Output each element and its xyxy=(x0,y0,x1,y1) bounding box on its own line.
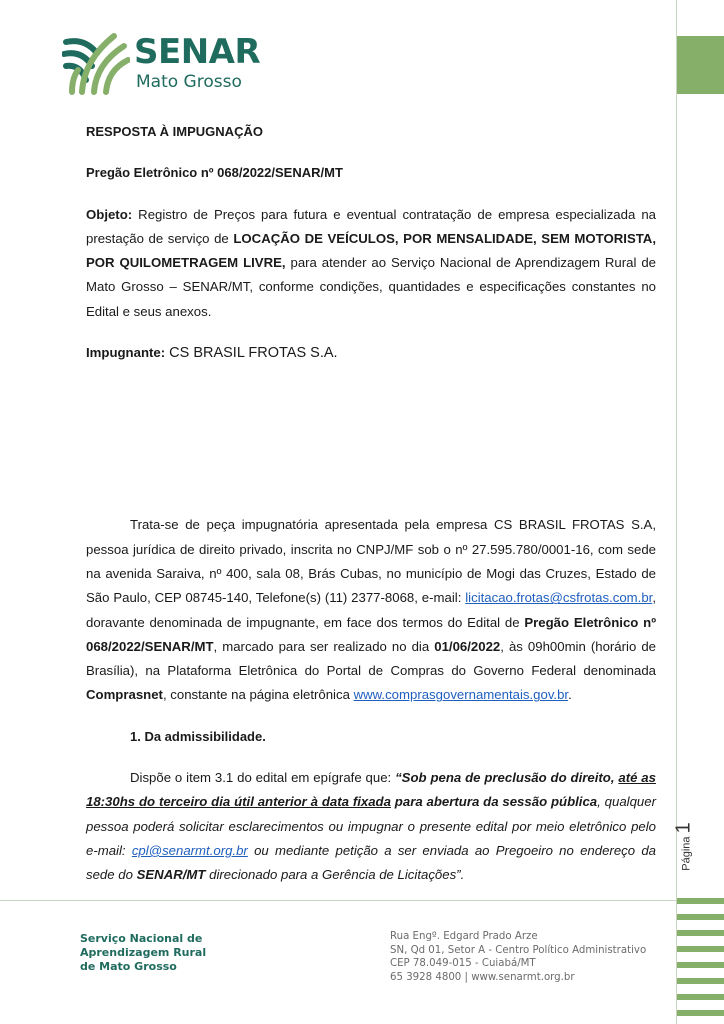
objeto-paragraph: Objeto: Registro de Preços para futura e… xyxy=(86,203,656,324)
document-body: RESPOSTA À IMPUGNAÇÃO Pregão Eletrônico … xyxy=(86,120,656,888)
cpl-email-link[interactable]: cpl@senarmt.org.br xyxy=(132,843,248,858)
objeto-label: Objeto: xyxy=(86,207,132,222)
senar-logo: SENAR Mato Grosso xyxy=(62,30,262,96)
paragraph-1: Trata-se de peça impugnatória apresentad… xyxy=(86,513,656,707)
footer-address: Rua Engº. Edgard Prado Arze SN, Qd 01, S… xyxy=(390,930,646,984)
accent-block xyxy=(677,36,724,94)
page-number-label: Página 1 xyxy=(680,805,720,885)
document-subtitle: Pregão Eletrônico nº 068/2022/SENAR/MT xyxy=(86,161,656,185)
brand-subtitle: Mato Grosso xyxy=(136,72,242,92)
footer-divider xyxy=(0,900,676,901)
impugnante-email-link[interactable]: licitacao.frotas@csfrotas.com.br xyxy=(465,590,652,605)
document-title: RESPOSTA À IMPUGNAÇÃO xyxy=(86,120,656,144)
page-number: 1 xyxy=(673,822,695,833)
impugnante-line: Impugnante: CS BRASIL FROTAS S.A. xyxy=(86,341,656,365)
comprasnet-url-link[interactable]: www.comprasgovernamentais.gov.br xyxy=(354,687,569,702)
brand-name: SENAR xyxy=(134,32,260,72)
paragraph-2: Dispõe o item 3.1 do edital em epígrafe … xyxy=(86,766,656,887)
footer-org-name: Serviço Nacional de Aprendizagem Rural d… xyxy=(80,932,206,974)
section-heading: 1. Da admissibilidade. xyxy=(86,725,656,749)
senar-leaf-icon xyxy=(62,30,130,96)
decorative-stripes xyxy=(677,898,724,1024)
